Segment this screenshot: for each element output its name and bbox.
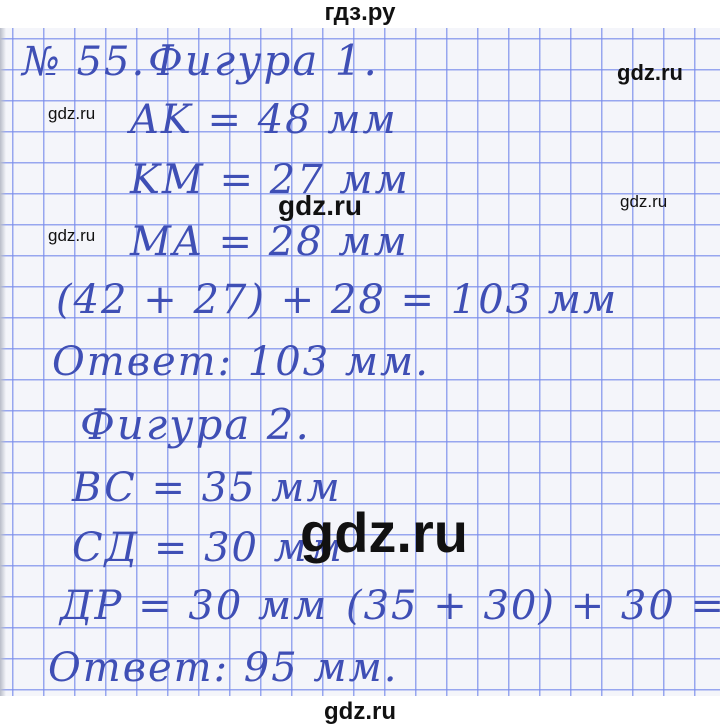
figure2-line-dp: ДP = 30 мм <box>60 586 328 626</box>
site-header: гдз.ру <box>0 0 720 28</box>
figure1-heading: Фигура 1. <box>148 40 379 82</box>
figure1-line-ak: AK = 48 мм <box>130 100 398 140</box>
watermark-top-right: gdz.ru <box>617 60 683 86</box>
watermark-left-1: gdz.ru <box>48 104 95 124</box>
figure1-line-ma: MA = 28 мм <box>130 222 409 262</box>
watermark-center-large: gdz.ru <box>300 500 468 565</box>
figure2-heading: Фигура 2. <box>80 404 311 446</box>
watermark-right-small: gdz.ru <box>620 192 667 212</box>
watermark-left-2: gdz.ru <box>48 226 95 246</box>
watermark-center-medium: gdz.ru <box>278 190 362 222</box>
figure1-answer: Ответ: 103 мм. <box>52 342 430 382</box>
notebook-photo: № 55. Фигура 1. AK = 48 мм KM = 27 мм MA… <box>0 28 720 696</box>
figure2-answer: Ответ: 95 мм. <box>48 648 398 688</box>
figure1-line-km: KM = 27 мм <box>130 160 410 200</box>
figure1-calculation: (42 + 27) + 28 = 103 мм <box>56 280 618 320</box>
site-footer: gdz.ru <box>0 698 720 728</box>
figure2-calculation: (35 + 30) + 30 = 95 мм. <box>346 586 720 626</box>
problem-number: № 55. <box>22 42 146 82</box>
